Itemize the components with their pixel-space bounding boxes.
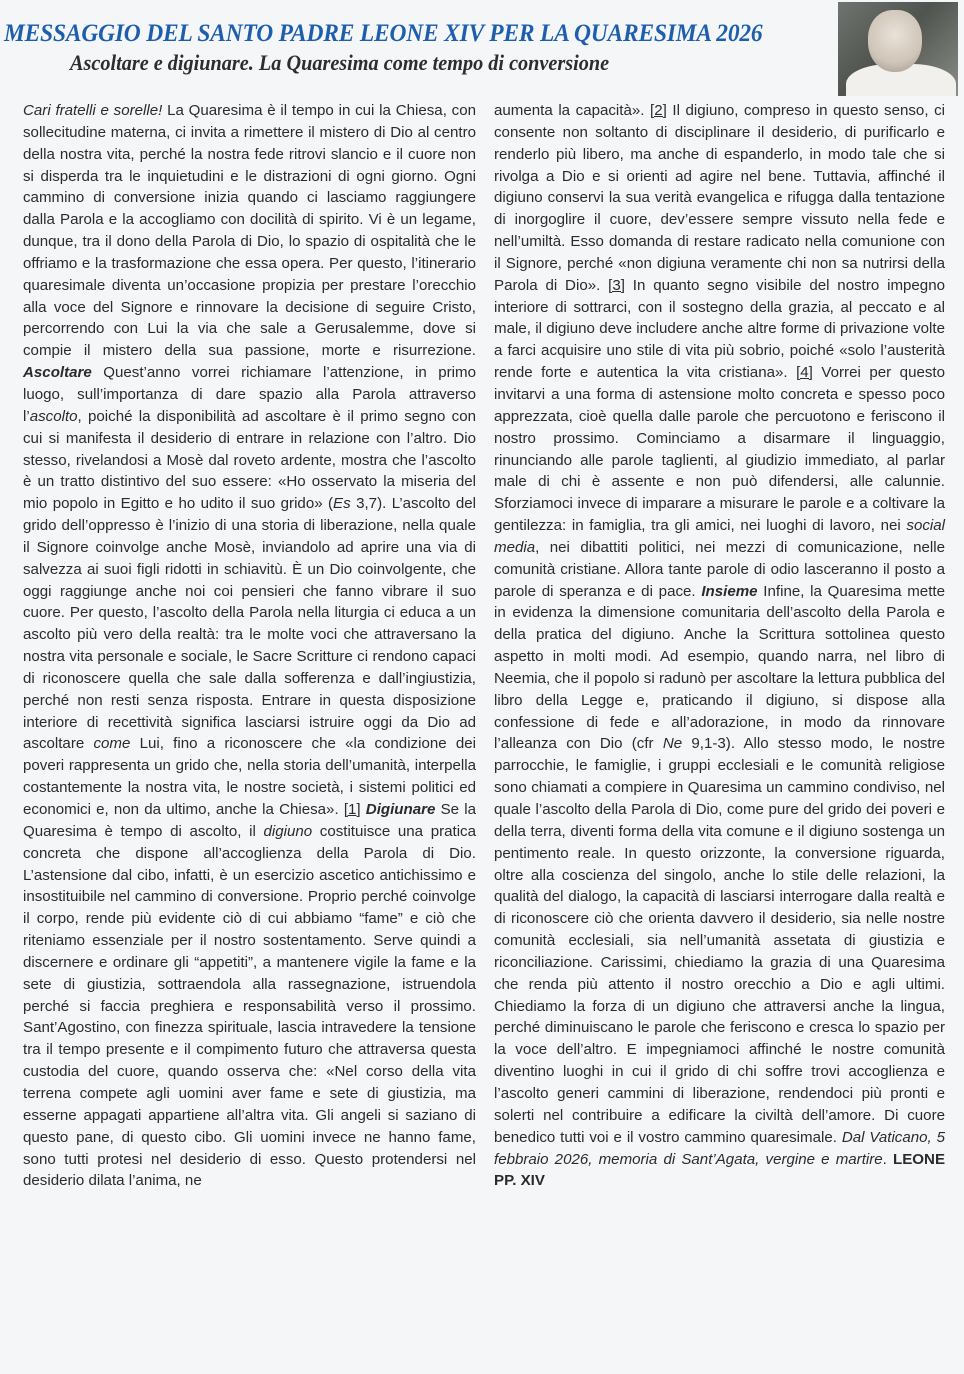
left-column: Cari fratelli e sorelle! La Quaresima è … xyxy=(23,100,476,1192)
message-text-left: Cari fratelli e sorelle! La Quaresima è … xyxy=(23,100,476,1192)
right-column: aumenta la capacità». [2] Il digiuno, co… xyxy=(494,100,945,1192)
document-title: MESSAGGIO DEL SANTO PADRE LEONE XIV PER … xyxy=(4,18,762,48)
message-text-right: aumenta la capacità». [2] Il digiuno, co… xyxy=(494,100,945,1192)
header: MESSAGGIO DEL SANTO PADRE LEONE XIV PER … xyxy=(0,0,964,100)
footnote-ref-1[interactable]: [1] xyxy=(344,801,361,818)
greeting: Cari fratelli e sorelle! xyxy=(23,102,162,119)
document-subtitle: Ascoltare e digiunare. La Quaresima come… xyxy=(70,50,609,76)
pope-portrait-image xyxy=(838,2,958,96)
footnote-ref-3[interactable]: [3] xyxy=(608,277,625,294)
portrait-head-shape xyxy=(868,10,922,72)
section-heading-ascoltare: Ascoltare xyxy=(23,364,92,381)
footnote-ref-4[interactable]: [4] xyxy=(796,364,813,381)
footnote-ref-2[interactable]: [2] xyxy=(650,102,667,119)
section-heading-digiunare: Digiunare xyxy=(366,801,436,818)
section-heading-insieme: Insieme xyxy=(701,583,757,600)
